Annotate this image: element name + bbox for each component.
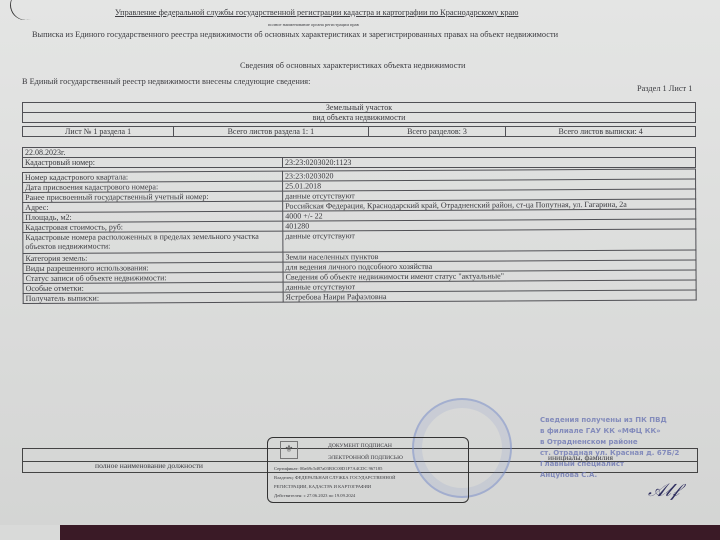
- extract-date: 22.08.2023г.: [23, 148, 696, 158]
- object-type-note: вид объекта недвижимости: [23, 113, 696, 123]
- row-value: Ястребова Наири Рафаэловна: [283, 290, 696, 302]
- characteristics-table: Номер кадастрового квартала:23:23:020302…: [22, 168, 697, 304]
- total-sections: Всего разделов: 3: [368, 127, 506, 137]
- cadastral-value: 23:23:0203020:1123: [283, 158, 696, 168]
- entered-text: В Единый государственный реестр недвижим…: [22, 77, 310, 87]
- initials-label: инициалы, фамилия: [548, 453, 613, 463]
- stamp-line: в Отрадненском районе: [540, 437, 679, 448]
- document-page: Управление федеральной службы государств…: [0, 0, 720, 525]
- section-title: Сведения об основных характеристиках объ…: [240, 61, 465, 71]
- total-sheets-extract: Всего листов выписки: 4: [506, 127, 696, 137]
- agency-note: полное наименование органа регистрации п…: [268, 20, 359, 30]
- position-label: полное наименование должности: [95, 461, 203, 471]
- signature-line: ДОКУМЕНТ ПОДПИСАН: [328, 443, 392, 449]
- handwritten-signature: 𝒜𝓁𝒻: [648, 480, 679, 501]
- stamp-line: Сведения получены из ПК ПВД: [540, 415, 679, 426]
- row-value: данные отсутствуют: [283, 229, 696, 252]
- paper-curl: [6, 0, 45, 24]
- object-type-table: Земельный участок вид объекта недвижимос…: [22, 102, 696, 123]
- background-surface: [60, 525, 720, 540]
- agency-name: Управление федеральной службы государств…: [115, 8, 518, 18]
- owner-line: Владелец: ФЕДЕРАЛЬНАЯ СЛУЖБА ГОСУДАРСТВЕ…: [274, 475, 396, 480]
- signature-line: ЭЛЕКТРОННОЙ ПОДПИСЬЮ: [328, 455, 403, 461]
- total-sheets-section: Всего листов раздела 1: 1: [174, 127, 369, 137]
- row-label: Кадастровые номера расположенных в преде…: [23, 231, 283, 253]
- emblem-icon: ⚜: [280, 441, 298, 459]
- sheet-meta-table: Лист № 1 раздела 1 Всего листов раздела …: [22, 126, 696, 137]
- section-sheet: Раздел 1 Лист 1: [637, 84, 692, 94]
- mfc-stamp: Сведения получены из ПК ПВД в филиале ГА…: [540, 415, 679, 481]
- extract-title: Выписка из Единого государственного реес…: [32, 30, 558, 40]
- object-type: Земельный участок: [23, 103, 696, 113]
- sheet-number: Лист № 1 раздела 1: [23, 127, 174, 137]
- date-table: 22.08.2023г. Кадастровый номер: 23:23:02…: [22, 147, 696, 168]
- table-row: Получатель выписки:Ястребова Наири Рафаэ…: [23, 290, 696, 304]
- cadastral-label: Кадастровый номер:: [23, 158, 283, 168]
- electronic-signature-box: ⚜ ДОКУМЕНТ ПОДПИСАН ЭЛЕКТРОННОЙ ПОДПИСЬЮ…: [267, 437, 469, 503]
- row-label: Получатель выписки:: [23, 292, 283, 303]
- owner-line: РЕГИСТРАЦИИ, КАДАСТРА И КАРТОГРАФИИ: [274, 484, 371, 489]
- stamp-line: в филиале ГАУ КК «МФЦ КК»: [540, 426, 679, 437]
- certificate-line: Сертификат: 00a69c5d87a03B3C00D1F7A4CDC …: [274, 466, 382, 471]
- validity-line: Действителен: с 27.06.2023 по 19.09.2024: [274, 493, 355, 498]
